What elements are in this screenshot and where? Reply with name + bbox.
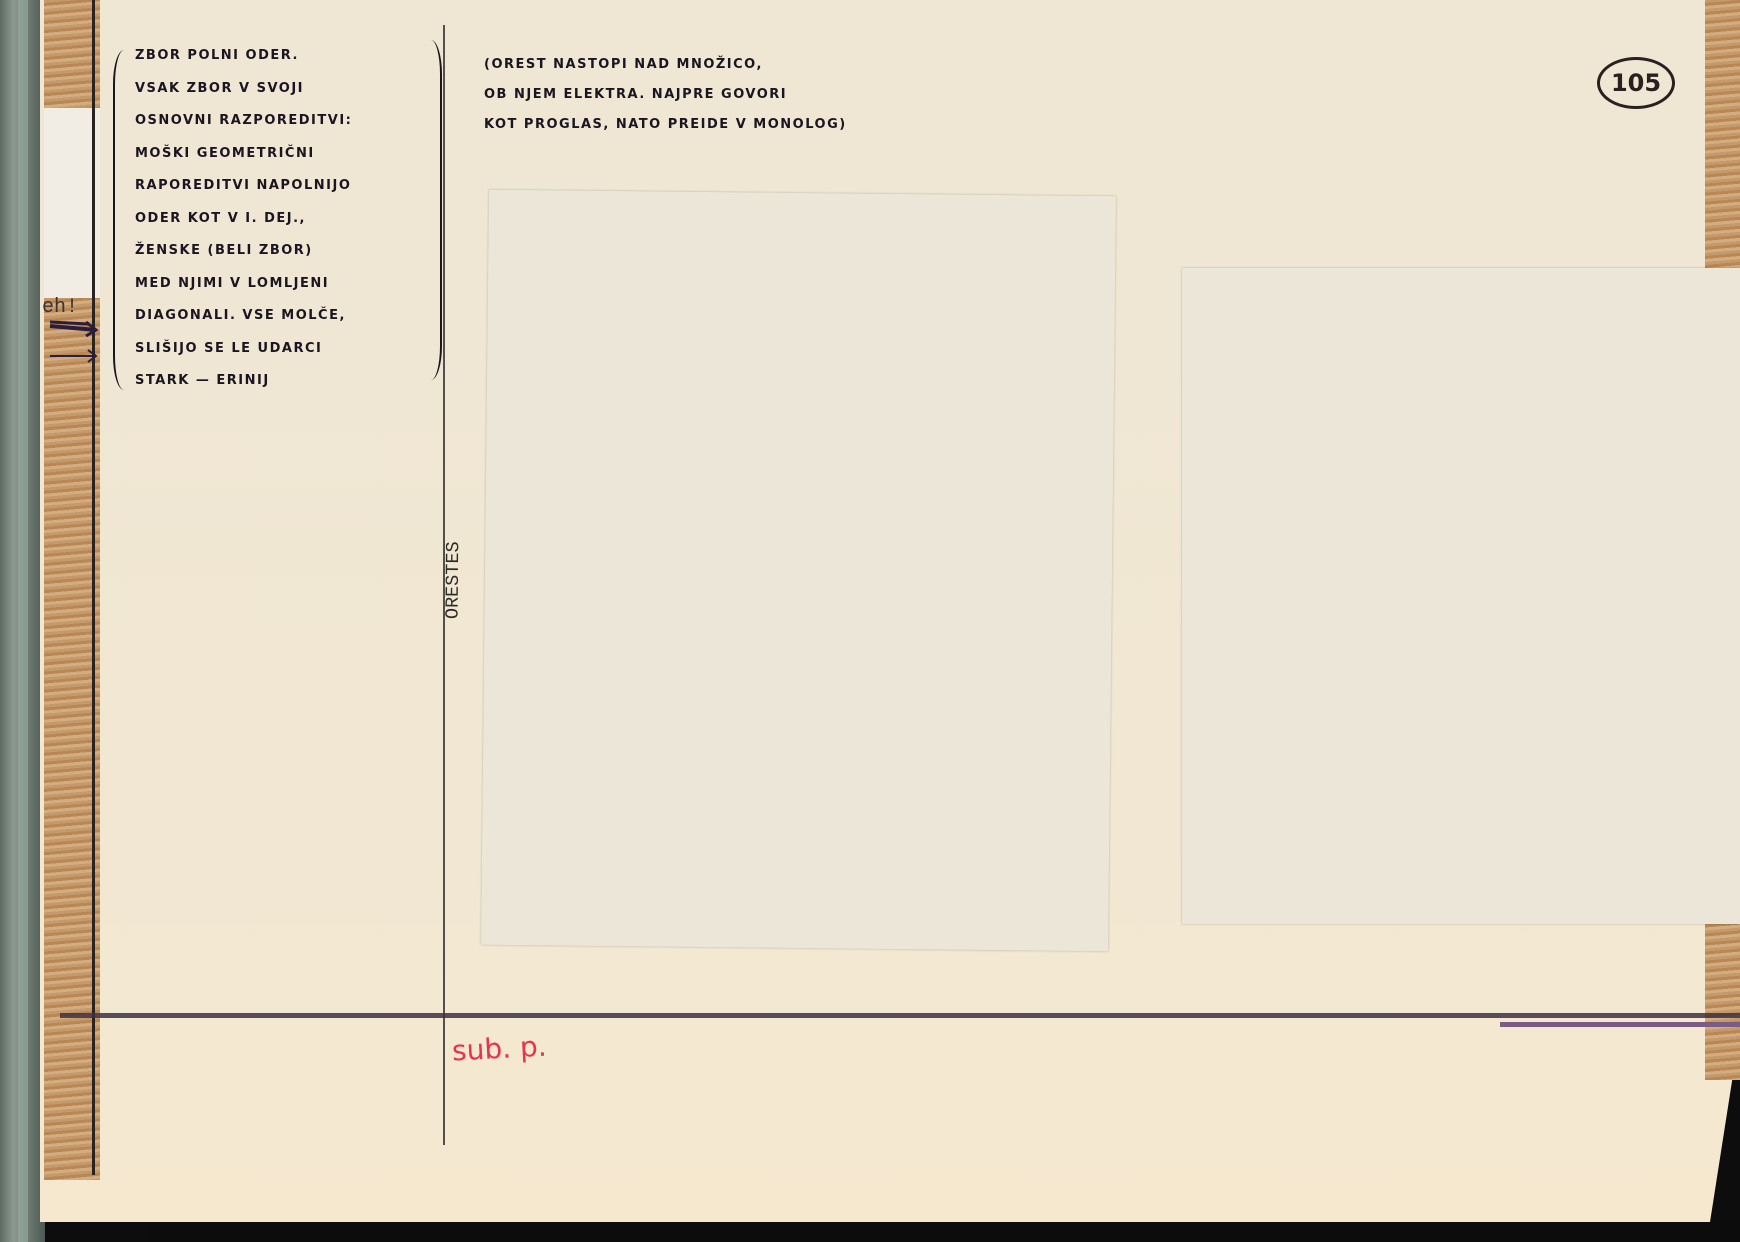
direction-line: (OREST NASTOPI NAD MNOŽICO, [484, 50, 847, 80]
typed-slip-continuation [1182, 268, 1740, 924]
note-line: MED NJIMI V LOMLJENI [135, 268, 435, 301]
note-line: ZBOR POLNI ODER. [135, 40, 435, 73]
bracket-left [113, 50, 135, 390]
margin-rule [92, 0, 95, 1175]
horizontal-rule-tail [1500, 1022, 1740, 1027]
note-line: ODER KOT V I. DEJ., [135, 203, 435, 236]
direction-line: KOT PROGLAS, NATO PREIDE V MONOLOG) [484, 110, 847, 140]
background-edge [150, 1222, 1740, 1242]
note-line: MOŠKI GEOMETRIČNI [135, 138, 435, 171]
typed-slip-orestes: ORESTES [481, 190, 1116, 952]
note-line: OSNOVNI RAZPOREDITVI: [135, 105, 435, 138]
note-line: VSAK ZBOR V SVOJI [135, 73, 435, 106]
page-number: 105 [1597, 57, 1675, 109]
note-line: SLIŠIJO SE LE UDARCI [135, 333, 435, 366]
arrow-icon [48, 316, 100, 368]
note-line: RAPOREDITVI NAPOLNIJO [135, 170, 435, 203]
note-line: DIAGONALI. VSE MOLČE, [135, 300, 435, 333]
stage-direction: (OREST NASTOPI NAD MNOŽICO,OB NJEM ELEKT… [484, 50, 847, 140]
speaker-name: ORESTES [442, 542, 464, 620]
note-line: ŽENSKE (BELI ZBOR) [135, 235, 435, 268]
note-line: STARK — ERINIJ [135, 365, 435, 398]
left-margin-note: ZBOR POLNI ODER.VSAK ZBOR V SVOJIOSNOVNI… [135, 40, 435, 398]
binder-stripe [18, 0, 28, 1242]
horizontal-rule [60, 1013, 1740, 1018]
direction-line: OB NJEM ELEKTRA. NAJPRE GOVORI [484, 80, 847, 110]
red-annotation: sub. p. [451, 1030, 547, 1068]
